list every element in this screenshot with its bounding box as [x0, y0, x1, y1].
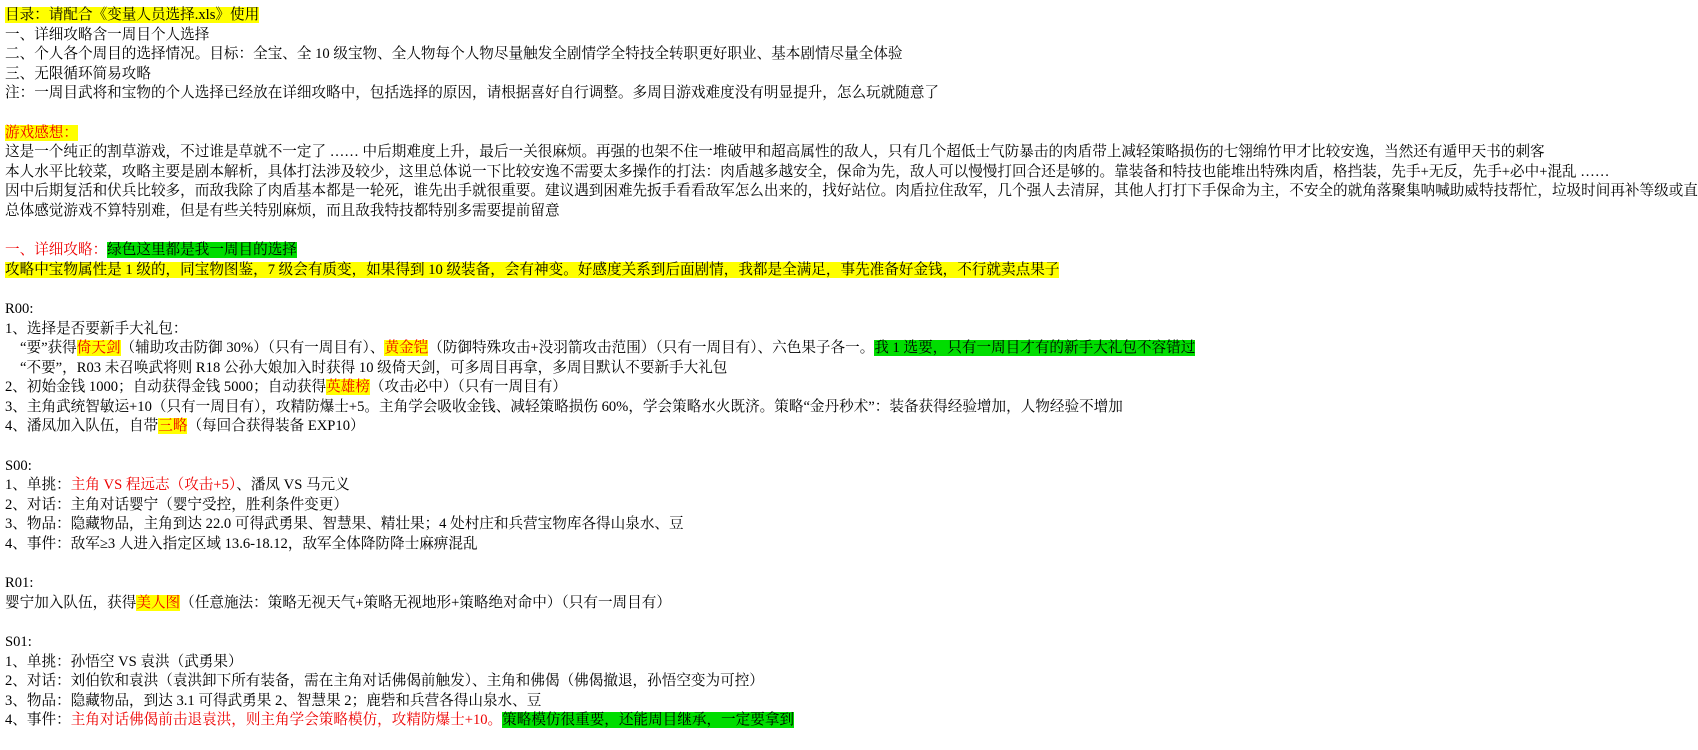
highlight-run: 倚天剑 [77, 340, 121, 356]
text-line-R00-0: R00: [5, 300, 1690, 320]
text-run: “不要”，R03 未召唤武将则 R18 公孙大娘加入时获得 10 级倚天剑，可多… [20, 360, 727, 376]
blank-line [5, 613, 1690, 633]
text-line-S01-3: 3、物品：隐藏物品，到达 3.1 可得武勇果 2、智慧果 2；鹿砦和兵营各得山泉… [5, 692, 1690, 712]
text-line-impressions-1: 这是一个纯正的割草游戏，不过谁是草就不一定了 …… 中后期难度上升，最后一关很麻… [5, 143, 1690, 163]
highlight-run: 一、详细攻略： [5, 242, 107, 258]
text-run: 二、个人各个周目的选择情况。目标：全宝、全 10 级宝物、全人物每个人物尽量触发… [5, 46, 903, 62]
blank-line [5, 104, 1690, 124]
text-line-impressions-3: 因中后期复活和伏兵比较多，而敌我除了肉盾基本都是一轮死，谁先出手就很重要。建议遇… [5, 182, 1690, 202]
highlight-run: 绿色这里都是我一周目的选择 [107, 242, 297, 258]
highlight-run: 黄金铠 [384, 340, 428, 356]
text-run: 三、无限循环简易攻略 [5, 66, 151, 82]
text-run: 2、对话：主角对话婴宁（婴宁受控，胜利条件变更） [5, 497, 348, 513]
highlight-run: 目录：请配合《变量人员选择.xls》使用 [5, 7, 259, 23]
text-line-S01-4: 4、事件：主角对话佛偈前击退袁洪，则主角学会策略模仿，攻精防爆士+10。策略模仿… [5, 711, 1690, 731]
text-run: （攻击必中）（只有一周目有） [370, 379, 567, 395]
text-line-guide-intro-0: 一、详细攻略：绿色这里都是我一周目的选择 [5, 241, 1690, 261]
text-run: 1、选择是否要新手大礼包： [5, 321, 187, 337]
text-line-guide-intro-1: 攻略中宝物属性是 1 级的，同宝物图鉴，7 级会有质变，如果得到 10 级装备，… [5, 261, 1690, 281]
highlight-run: 三略 [158, 418, 187, 434]
text-run: （辅助攻击防御 30%）（只有一周目有）、 [121, 340, 385, 356]
text-line-R00-6: 4、潘凤加入队伍，自带三略（每回合获得装备 EXP10） [5, 417, 1690, 437]
text-run: 4、事件： [5, 712, 71, 728]
text-line-S00-3: 3、物品：隐藏物品，主角到达 22.0 可得武勇果、智慧果、精壮果；4 处村庄和… [5, 515, 1690, 535]
text-line-S00-4: 4、事件：敌军≥3 人进入指定区域 13.6-18.12，敌军全体降防降士麻痹混… [5, 535, 1690, 555]
document-page: { "page": { "background": "#ffffff", "co… [0, 0, 1698, 750]
text-run: 3、主角武统智敏运+10（只有一周目有），攻精防爆士+5。主角学会吸收金钱、减轻… [5, 399, 1123, 415]
text-run: （防御特殊攻击+没羽箭攻击范围）（只有一周目有）、六色果子各一。 [428, 340, 874, 356]
text-line-S00-1: 1、单挑：主角 VS 程远志（攻击+5）、潘凤 VS 马元义 [5, 476, 1690, 496]
highlight-run: 策略模仿很重要，还能周目继承，一定要拿到 [502, 712, 794, 728]
text-run: 1、单挑： [5, 477, 71, 493]
text-run: 总体感觉游戏不算特别难，但是有些关特别麻烦，而且敌我特技都特别多需要提前留意 [5, 203, 560, 219]
text-line-R01-0: R01: [5, 574, 1690, 594]
blank-line [5, 222, 1690, 242]
text-line-S01-1: 1、单挑：孙悟空 VS 袁洪（武勇果） [5, 653, 1690, 673]
highlight-run: 主角对话佛偈前击退袁洪，则主角学会策略模仿，攻精防爆士+10。 [71, 712, 502, 728]
text-line-toc-2: 二、个人各个周目的选择情况。目标：全宝、全 10 级宝物、全人物每个人物尽量触发… [5, 45, 1690, 65]
blank-line [5, 437, 1690, 457]
text-line-S01-0: S01: [5, 633, 1690, 653]
text-line-S00-0: S00: [5, 457, 1690, 477]
text-line-S01-2: 2、对话：刘伯钦和袁洪（袁洪卸下所有装备，需在主角对话佛偈前触发）、主角和佛偈（… [5, 672, 1690, 692]
text-line-toc-3: 三、无限循环简易攻略 [5, 65, 1690, 85]
highlight-run: 主角 VS 程远志（攻击+5） [71, 477, 237, 493]
text-run: 这是一个纯正的割草游戏，不过谁是草就不一定了 …… 中后期难度上升，最后一关很麻… [5, 144, 1545, 160]
blank-line [5, 555, 1690, 575]
text-line-toc-4: 注：一周目武将和宝物的个人选择已经放在详细攻略中，包括选择的原因，请根据喜好自行… [5, 84, 1690, 104]
text-run: S00: [5, 458, 32, 474]
blank-line [5, 280, 1690, 300]
text-line-S00-2: 2、对话：主角对话婴宁（婴宁受控，胜利条件变更） [5, 496, 1690, 516]
text-line-R00-4: 2、初始金钱 1000；自动获得金钱 5000；自动获得英雄榜（攻击必中）（只有… [5, 378, 1690, 398]
text-line-R00-1: 1、选择是否要新手大礼包： [5, 320, 1690, 340]
text-run: 、潘凤 VS 马元义 [236, 477, 350, 493]
text-run: 2、对话：刘伯钦和袁洪（袁洪卸下所有装备，需在主角对话佛偈前触发）、主角和佛偈（… [5, 673, 764, 689]
text-run: 一、详细攻略含一周目个人选择 [5, 27, 209, 43]
document-body: 目录：请配合《变量人员选择.xls》使用一、详细攻略含一周目个人选择二、个人各个… [0, 0, 1698, 731]
highlight-run: 我 1 选要，只有一周目才有的新手大礼包不容错过 [874, 340, 1195, 356]
text-line-R01-1: 婴宁加入队伍，获得美人图（任意施法：策略无视天气+策略无视地形+策略绝对命中）（… [5, 594, 1690, 614]
text-run: 4、潘凤加入队伍，自带 [5, 418, 158, 434]
text-line-impressions-0: 游戏感想： [5, 124, 1690, 144]
text-line-impressions-2: 本人水平比较菜，攻略主要是剧本解析，具体打法涉及较少，这里总体说一下比较安逸不需… [5, 163, 1690, 183]
text-run: 注：一周目武将和宝物的个人选择已经放在详细攻略中，包括选择的原因，请根据喜好自行… [5, 85, 939, 101]
text-run: 因中后期复活和伏兵比较多，而敌我除了肉盾基本都是一轮死，谁先出手就很重要。建议遇… [5, 183, 1698, 199]
text-line-toc-0: 目录：请配合《变量人员选择.xls》使用 [5, 6, 1690, 26]
text-run: 3、物品：隐藏物品，主角到达 22.0 可得武勇果、智慧果、精壮果；4 处村庄和… [5, 516, 684, 532]
text-run: R01: [5, 575, 33, 591]
text-line-impressions-4: 总体感觉游戏不算特别难，但是有些关特别麻烦，而且敌我特技都特别多需要提前留意 [5, 202, 1690, 222]
text-run: （每回合获得装备 EXP10） [187, 418, 364, 434]
text-line-R00-5: 3、主角武统智敏运+10（只有一周目有），攻精防爆士+5。主角学会吸收金钱、减轻… [5, 398, 1690, 418]
text-line-R00-3: “不要”，R03 未召唤武将则 R18 公孙大娘加入时获得 10 级倚天剑，可多… [5, 359, 1690, 379]
text-run: S01: [5, 634, 32, 650]
text-run: （任意施法：策略无视天气+策略无视地形+策略绝对命中）（只有一周目有） [180, 595, 671, 611]
highlight-run: 英雄榜 [326, 379, 370, 395]
text-run: 婴宁加入队伍，获得 [5, 595, 136, 611]
text-run: 1、单挑：孙悟空 VS 袁洪（武勇果） [5, 654, 243, 670]
text-run: R00: [5, 301, 33, 317]
text-line-R00-2: “要”获得倚天剑（辅助攻击防御 30%）（只有一周目有）、黄金铠（防御特殊攻击+… [5, 339, 1690, 359]
text-run: 2、初始金钱 1000；自动获得金钱 5000；自动获得 [5, 379, 326, 395]
highlight-run: 攻略中宝物属性是 1 级的，同宝物图鉴，7 级会有质变，如果得到 10 级装备，… [5, 262, 1059, 278]
highlight-run: 游戏感想： [5, 125, 78, 141]
text-run: 本人水平比较菜，攻略主要是剧本解析，具体打法涉及较少，这里总体说一下比较安逸不需… [5, 164, 1609, 180]
text-line-toc-1: 一、详细攻略含一周目个人选择 [5, 26, 1690, 46]
text-run: 3、物品：隐藏物品，到达 3.1 可得武勇果 2、智慧果 2；鹿砦和兵营各得山泉… [5, 693, 541, 709]
text-run: “要”获得 [20, 340, 77, 356]
highlight-run: 美人图 [136, 595, 180, 611]
text-run: 4、事件：敌军≥3 人进入指定区域 13.6-18.12，敌军全体降防降士麻痹混… [5, 536, 478, 552]
